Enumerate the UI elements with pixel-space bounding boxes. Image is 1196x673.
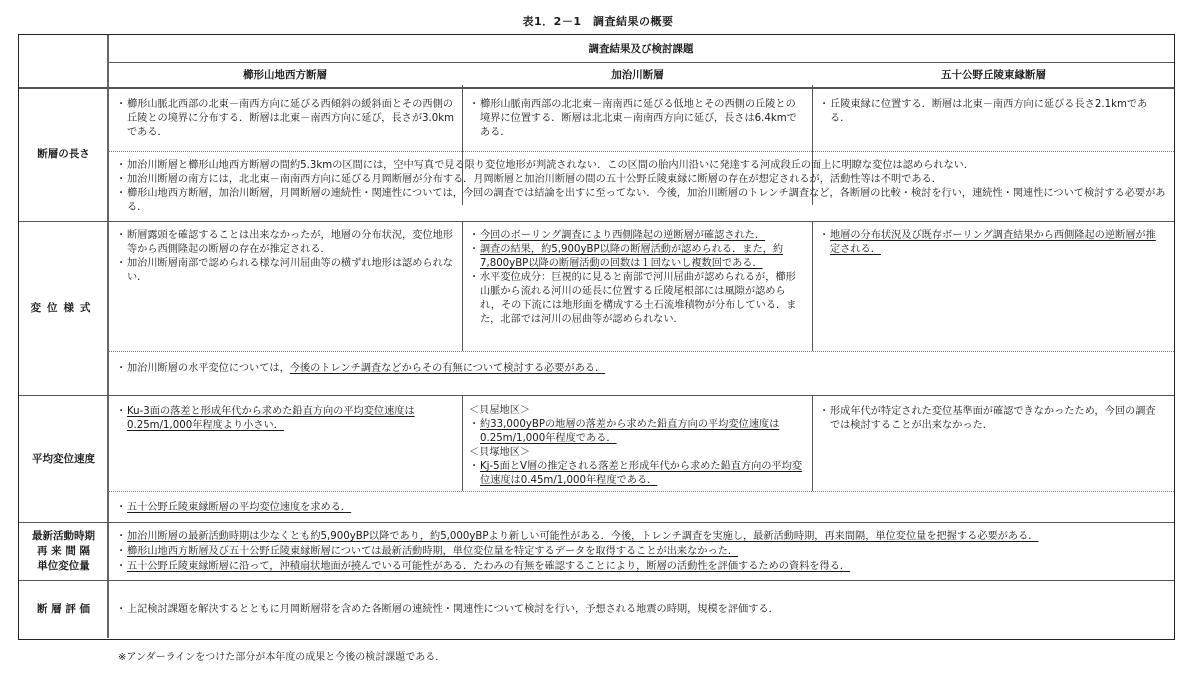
list-item: 五十公野丘陵東縁断層の平均変位速度を求める．	[116, 501, 1166, 515]
common-underlined: 今後のトレンチ調査などからその有無について検討する必要がある．	[290, 363, 605, 374]
fault-length-col3: 丘陵東縁に位置する．断層は北東－南西方向に延びる長さ2.1kmである．	[819, 98, 1164, 126]
column-divider-1	[462, 396, 463, 491]
list-item: Kj-5面とⅤ層の推定される落差と形成年代から求めた鉛直方向の平均変位速度は0.…	[469, 460, 805, 488]
row-divider	[19, 395, 1174, 396]
row-subdivider	[108, 491, 1174, 492]
row-subdivider	[108, 351, 1174, 352]
list-item: 調査の結果，約5,900yBP以降の断層活動が認められる．また，約7,800yB…	[469, 243, 805, 271]
fault-length-col2: 櫛形山脈南西部の北北東－南南西に延びる低地とその西側の丘陵との境界に位置する．断…	[469, 98, 805, 140]
label-line: 再 来 間 隔	[32, 544, 95, 559]
list-item: 加治川断層の水平変位については，今後のトレンチ調査などからその有無について検討す…	[116, 362, 1166, 376]
list-item: 今回のボーリング調査により西側隆起の逆断層が確認された．	[469, 229, 805, 243]
area-heading: ＜貝塚地区＞	[469, 446, 805, 460]
list-item: 櫛形山地西方断層，加治川断層，月岡断層の連続性・関連性については，今回の調査では…	[116, 187, 1166, 215]
fault-length-common: 加治川断層と櫛形山地西方断層の間約5.3kmの区間には，空中写真で見る限り変位地…	[116, 159, 1166, 215]
displacement-col2: 今回のボーリング調査により西側隆起の逆断層が確認された． 調査の結果，約5,90…	[469, 229, 805, 327]
list-item: 水平変位成分：巨視的に見ると南部で河川屈曲が認められるが，櫛形山脈から流れる河川…	[469, 271, 805, 327]
row-label-avg-rate: 平均変位速度	[19, 396, 108, 522]
list-item: 丘陵東縁に位置する．断層は北東－南西方向に延びる長さ2.1kmである．	[819, 98, 1164, 126]
latest-activity-items: 加治川断層の最新活動時期は少なくとも約5,900yBP以降であり，約5,000y…	[116, 529, 1171, 574]
list-item: 上記検討課題を解決するとともに月岡断層帯を含めた各断層の連続性・関連性について検…	[116, 603, 1171, 617]
fault-length-col1: 櫛形山脈北西部の北東－南西方向に延びる西傾斜の緩斜面とその西側の丘陵との境界に分…	[116, 98, 456, 140]
column-header: 五十公野丘陵東縁断層	[813, 62, 1174, 87]
list-item: 加治川断層の南方には，北北東－南南西方向に延びる月岡断層が分布する．月岡断層と加…	[116, 173, 1166, 187]
row-divider	[19, 221, 1174, 222]
list-item: 加治川断層と櫛形山地西方断層の間約5.3kmの区間には，空中写真で見る限り変位地…	[116, 159, 1166, 173]
displacement-common: 加治川断層の水平変位については，今後のトレンチ調査などからその有無について検討す…	[116, 362, 1166, 376]
row-divider	[19, 580, 1174, 581]
list-item: Ku-3面の落差と形成年代から求めた鉛直方向の平均変位速度は0.25m/1,00…	[116, 405, 456, 433]
label-line: 単位変位量	[32, 559, 95, 574]
column-header: 櫛形山地西方断層	[108, 62, 462, 87]
row-label-latest-activity: 最新活動時期 再 来 間 隔 単位変位量	[19, 523, 108, 580]
list-item: 形成年代が特定された変位基準面が確認できなかったため，今回の調査では検討すること…	[819, 405, 1164, 433]
survey-results-table: 調査結果及び検討課題 櫛形山地西方断層 加治川断層 五十公野丘陵東縁断層 断層の…	[18, 34, 1175, 640]
table-caption: 表1．2－1 調査結果の概要	[0, 13, 1196, 29]
label-line: 最新活動時期	[32, 529, 95, 544]
list-item: 地層の分布状況及び既存ボーリング調査結果から西側隆起の逆断層が推定される．	[819, 229, 1164, 257]
avg-rate-col2: ＜貝屋地区＞ 約33,000yBPの地層の落差から求めた鉛直方向の平均変位速度は…	[469, 404, 805, 488]
footnote: ※アンダーラインをつけた部分が本年度の成果と今後の検討課題である．	[118, 648, 445, 663]
row-label-displacement-mode: 変位様式	[19, 222, 108, 395]
column-divider-2	[812, 221, 813, 351]
avg-rate-col3: 形成年代が特定された変位基準面が確認できなかったため，今回の調査では検討すること…	[819, 405, 1164, 433]
avg-rate-common: 五十公野丘陵東縁断層の平均変位速度を求める．	[116, 501, 1166, 515]
row-label-fault-length: 断層の長さ	[19, 88, 108, 221]
common-prefix: 加治川断層の水平変位については，	[127, 363, 290, 374]
area-heading: ＜貝屋地区＞	[469, 404, 805, 418]
row-subdivider	[108, 151, 1174, 152]
header-group-title: 調査結果及び検討課題	[108, 35, 1174, 62]
column-divider-1	[462, 221, 463, 351]
list-item: 加治川断層の最新活動時期は少なくとも約5,900yBP以降であり，約5,000y…	[116, 529, 1171, 544]
list-item: 加治川断層南部で認められる様な河川屈曲等の横ずれ地形は認められない．	[116, 257, 456, 285]
list-item: 櫛形山脈南西部の北北東－南南西に延びる低地とその西側の丘陵との境界に位置する．断…	[469, 98, 805, 140]
evaluation-items: 上記検討課題を解決するとともに月岡断層帯を含めた各断層の連続性・関連性について検…	[116, 603, 1171, 617]
list-item: 櫛形山地西方断層及び五十公野丘陵東縁断層については最新活動時期，単位変位量を特定…	[116, 544, 1171, 559]
avg-rate-col1: Ku-3面の落差と形成年代から求めた鉛直方向の平均変位速度は0.25m/1,00…	[116, 405, 456, 433]
column-header: 加治川断層	[463, 62, 812, 87]
row-label-evaluation: 断 層 評 価	[19, 581, 108, 638]
list-item: 櫛形山脈北西部の北東－南西方向に延びる西傾斜の緩斜面とその西側の丘陵との境界に分…	[116, 98, 456, 140]
header-bottom	[19, 87, 1174, 89]
column-divider-2	[812, 396, 813, 491]
displacement-col3: 地層の分布状況及び既存ボーリング調査結果から西側隆起の逆断層が推定される．	[819, 229, 1164, 257]
displacement-col1: 断層露頭を確認することは出来なかったが，地層の分布状況，変位地形等から西側隆起の…	[116, 229, 456, 285]
list-item: 約33,000yBPの地層の落差から求めた鉛直方向の平均変位速度は0.25m/1…	[469, 418, 805, 446]
row-divider	[19, 522, 1174, 523]
list-item: 五十公野丘陵東縁断層に沿って，沖積扇状地面が撓んでいる可能性がある．たわみの有無…	[116, 559, 1171, 574]
list-item: 断層露頭を確認することは出来なかったが，地層の分布状況，変位地形等から西側隆起の…	[116, 229, 456, 257]
